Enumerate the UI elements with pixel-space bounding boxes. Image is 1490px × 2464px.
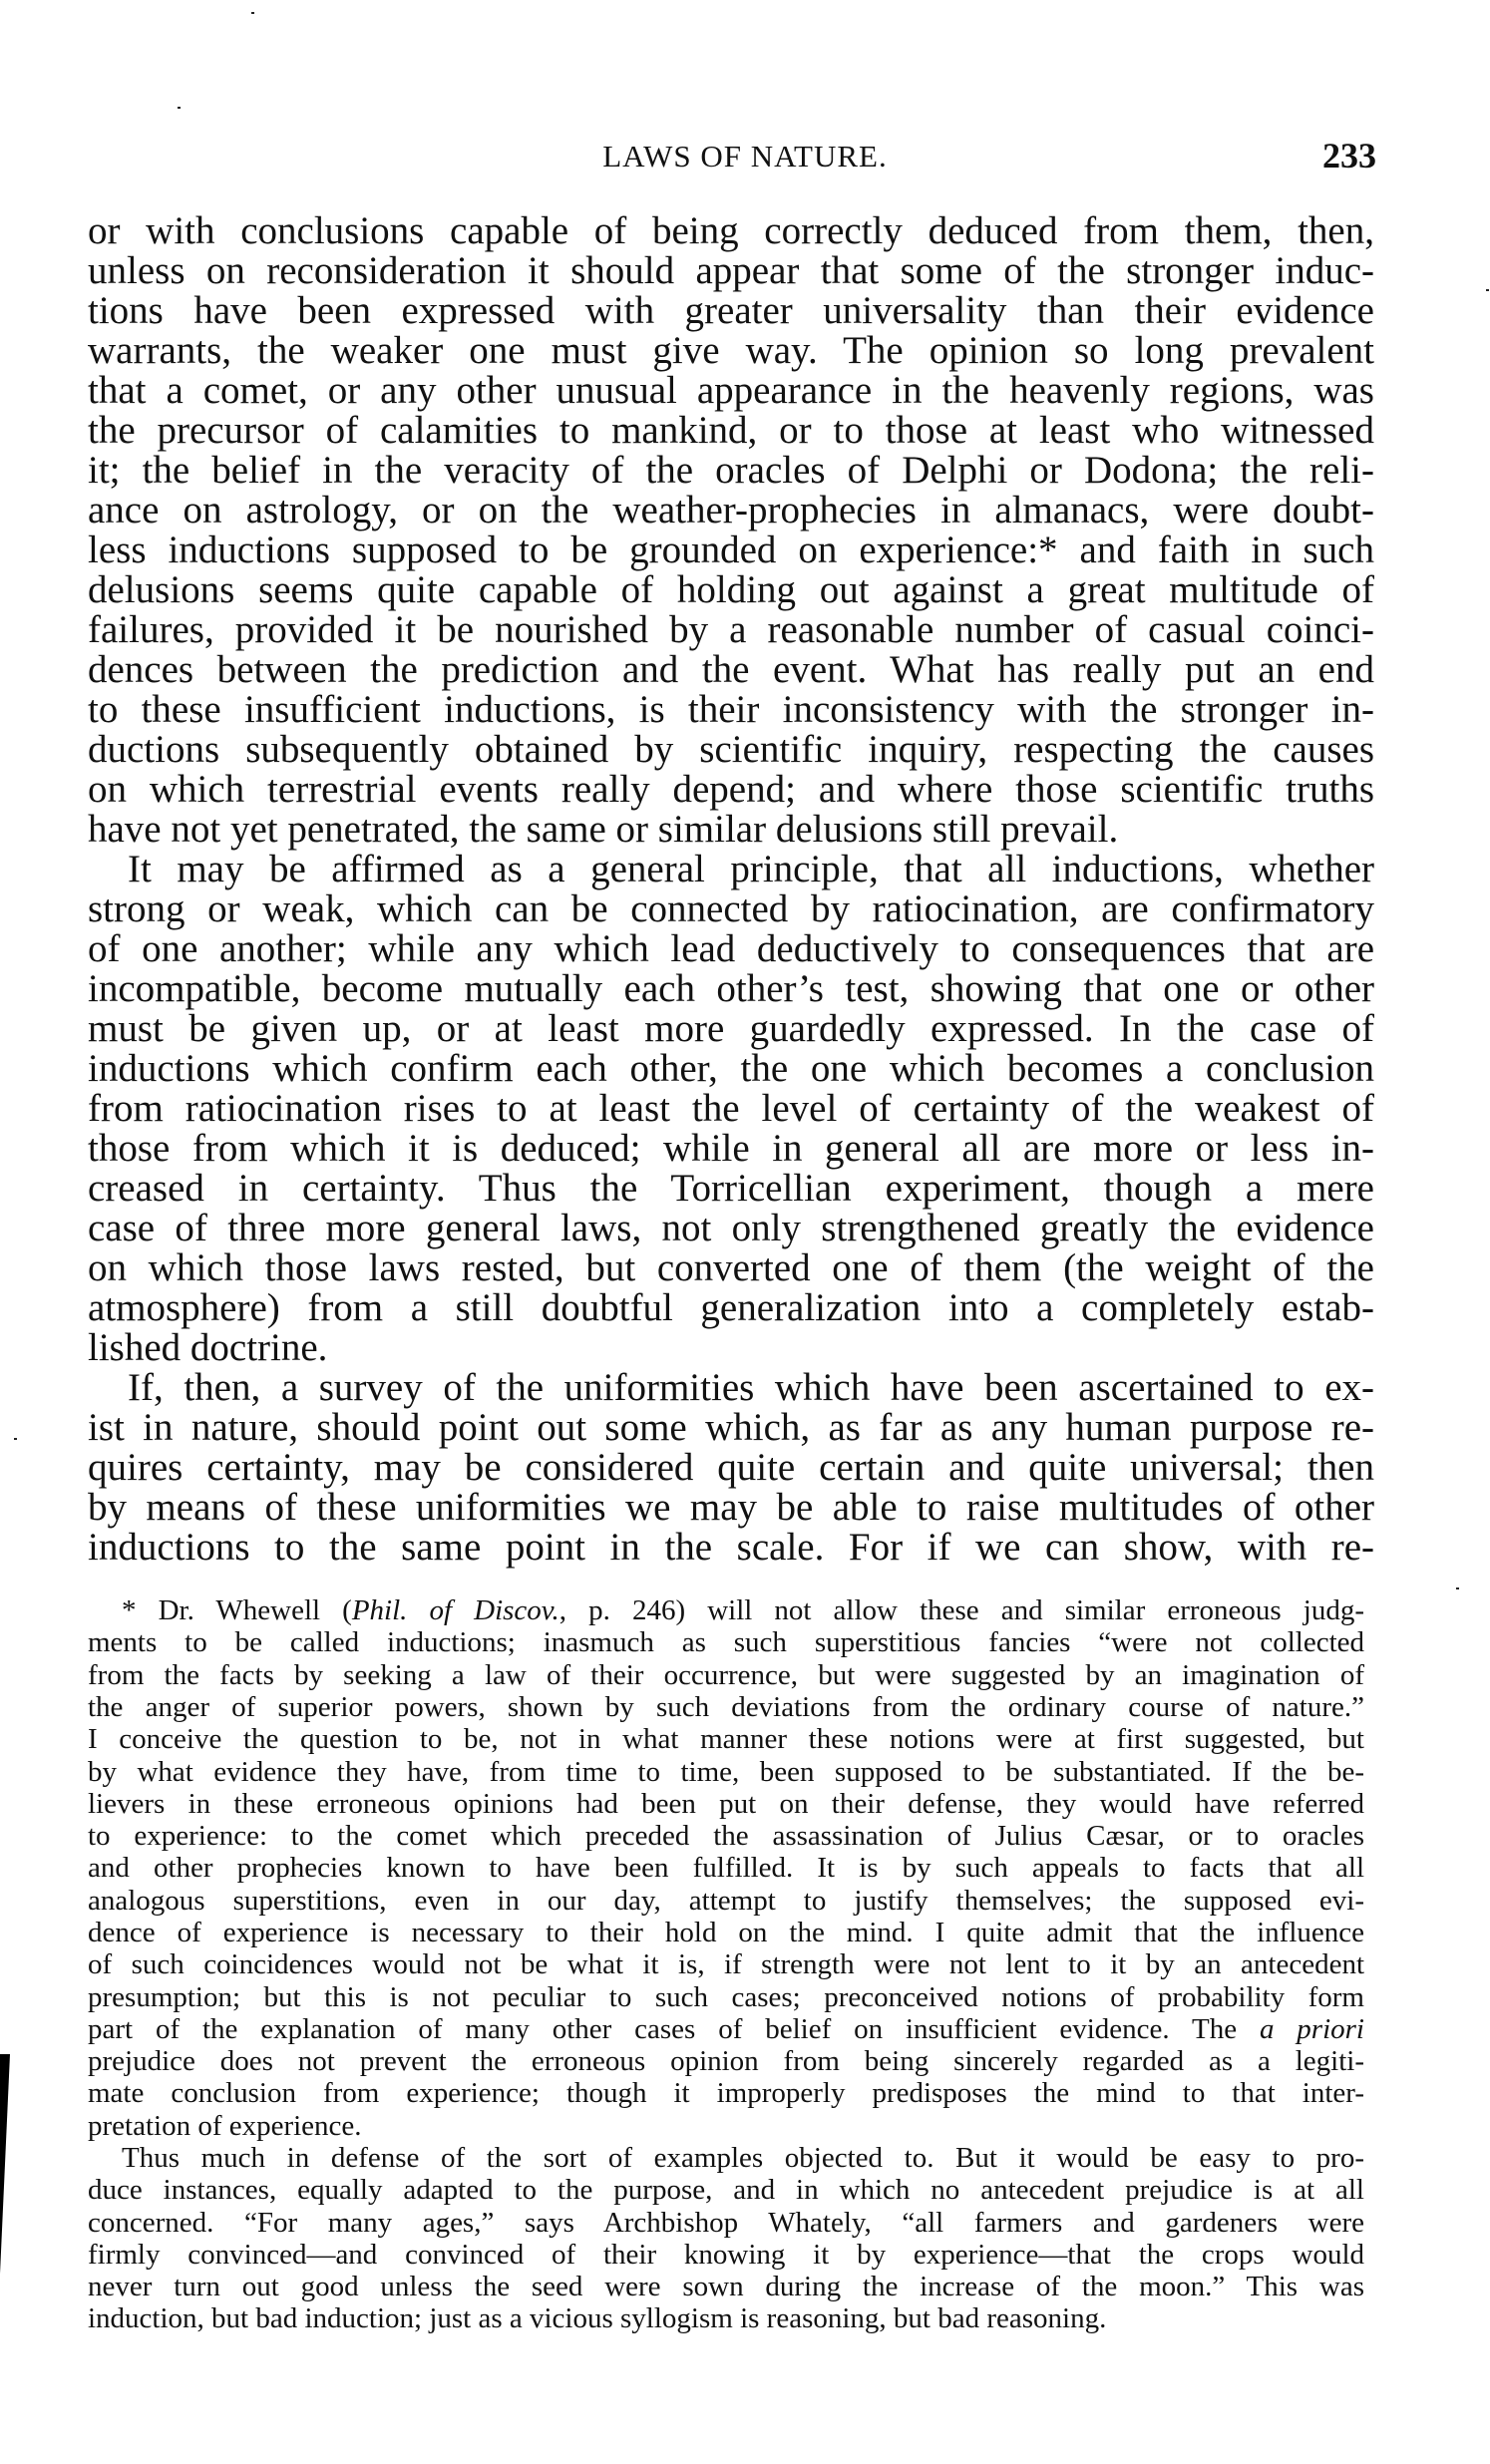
footnote-line: I conceive the question to be, not in wh…	[88, 1723, 1364, 1755]
footnote-line: the anger of superior powers, shown by s…	[88, 1691, 1364, 1723]
body-line: have not yet penetrated, the same or sim…	[88, 810, 1374, 850]
body-line: of one another; while any which lead ded…	[88, 929, 1374, 969]
footnote-line: mate conclusion from experience; though …	[88, 2077, 1364, 2109]
footnote-line: pretation of experience.	[88, 2110, 1364, 2142]
footnote-line: analogous superstitions, even in our day…	[88, 1885, 1364, 1917]
body-line: it; the belief in the veracity of the or…	[88, 451, 1374, 491]
body-line: warrants, the weaker one must give way. …	[88, 331, 1374, 371]
body-line: failures, provided it be nourished by a …	[88, 610, 1374, 650]
body-line: atmosphere) from a still doubtful genera…	[88, 1288, 1374, 1328]
running-title: LAWS OF NATURE.	[0, 140, 1490, 174]
footnote-line: duce instances, equally adapted to the p…	[88, 2174, 1364, 2206]
body-line: ductions subsequently obtained by scient…	[88, 730, 1374, 770]
body-line: It may be affirmed as a general principl…	[128, 850, 1374, 889]
body-line: those from which it is deduced; while in…	[88, 1129, 1374, 1169]
body-line: or with conclusions capable of being cor…	[88, 211, 1374, 251]
footnote-line: never turn out good unless the seed were…	[88, 2271, 1364, 2302]
scan-speck	[178, 107, 181, 109]
footnote-line: firmly convinced—and convinced of their …	[88, 2239, 1364, 2271]
body-line: case of three more general laws, not onl…	[88, 1209, 1374, 1248]
footnote-line: induction, but bad induction; just as a …	[88, 2302, 1364, 2334]
footnote-line: concerned. “For many ages,” says Archbis…	[88, 2207, 1364, 2239]
body-line: must be given up, or at least more guard…	[88, 1009, 1374, 1049]
body-line: creased in certainty. Thus the Torricell…	[88, 1169, 1374, 1209]
footnote-line: prejudice does not prevent the erroneous…	[88, 2045, 1364, 2077]
body-line: If, then, a survey of the uniformities w…	[128, 1368, 1374, 1408]
body-line: lished doctrine.	[88, 1328, 1374, 1368]
footnote-line: Thus much in defense of the sort of exam…	[122, 2142, 1364, 2174]
footnote-line: dence of experience is necessary to thei…	[88, 1917, 1364, 1948]
body-line: by means of these uniformities we may be…	[88, 1488, 1374, 1528]
page-number: 233	[1314, 136, 1376, 176]
body-line: from ratiocination rises to at least the…	[88, 1089, 1374, 1129]
body-line: ance on astrology, or on the weather-pro…	[88, 491, 1374, 530]
body-line: unless on reconsideration it should appe…	[88, 251, 1374, 291]
body-line: strong or weak, which can be connected b…	[88, 889, 1374, 929]
body-line: incompatible, become mutually each other…	[88, 969, 1374, 1009]
body-line: inductions to the same point in the scal…	[88, 1528, 1374, 1568]
scan-speck	[14, 1438, 17, 1440]
body-line: dences between the prediction and the ev…	[88, 650, 1374, 690]
body-line: on which those laws rested, but converte…	[88, 1248, 1374, 1288]
body-line: inductions which confirm each other, the…	[88, 1049, 1374, 1089]
scan-speck	[251, 12, 254, 14]
footnote-line: presumption; but this is not peculiar to…	[88, 1981, 1364, 2013]
body-line: tions have been expressed with greater u…	[88, 291, 1374, 331]
footnote-line: to experience: to the comet which preced…	[88, 1820, 1364, 1852]
book-page: LAWS OF NATURE. 233 or with conclusions …	[0, 0, 1490, 2464]
footnote-line: * Dr. Whewell (Phil. of Discov., p. 246)…	[122, 1594, 1364, 1626]
footnote-line: ments to be called inductions; inasmuch …	[88, 1626, 1364, 1658]
body-line: the precursor of calamities to mankind, …	[88, 411, 1374, 451]
body-line: that a comet, or any other unusual appea…	[88, 371, 1374, 411]
scan-edge-artifact	[0, 2054, 10, 2464]
scan-speck	[1486, 289, 1489, 291]
body-line: ist in nature, should point out some whi…	[88, 1408, 1374, 1448]
footnote-line: by what evidence they have, from time to…	[88, 1756, 1364, 1788]
body-line: delusions seems quite capable of holding…	[88, 570, 1374, 610]
footnote-line: and other prophecies known to have been …	[88, 1852, 1364, 1884]
footnote-line: from the facts by seeking a law of their…	[88, 1659, 1364, 1691]
footnote-line: lievers in these erroneous opinions had …	[88, 1788, 1364, 1820]
body-line: on which terrestrial events really depen…	[88, 770, 1374, 810]
footnote-line: of such coincidences would not be what i…	[88, 1948, 1364, 1980]
footnote-line: part of the explanation of many other ca…	[88, 2013, 1364, 2045]
body-line: less inductions supposed to be grounded …	[88, 530, 1374, 570]
scan-speck	[1456, 1587, 1459, 1589]
body-line: to these insufficient inductions, is the…	[88, 690, 1374, 730]
body-line: quires certainty, may be considered quit…	[88, 1448, 1374, 1488]
